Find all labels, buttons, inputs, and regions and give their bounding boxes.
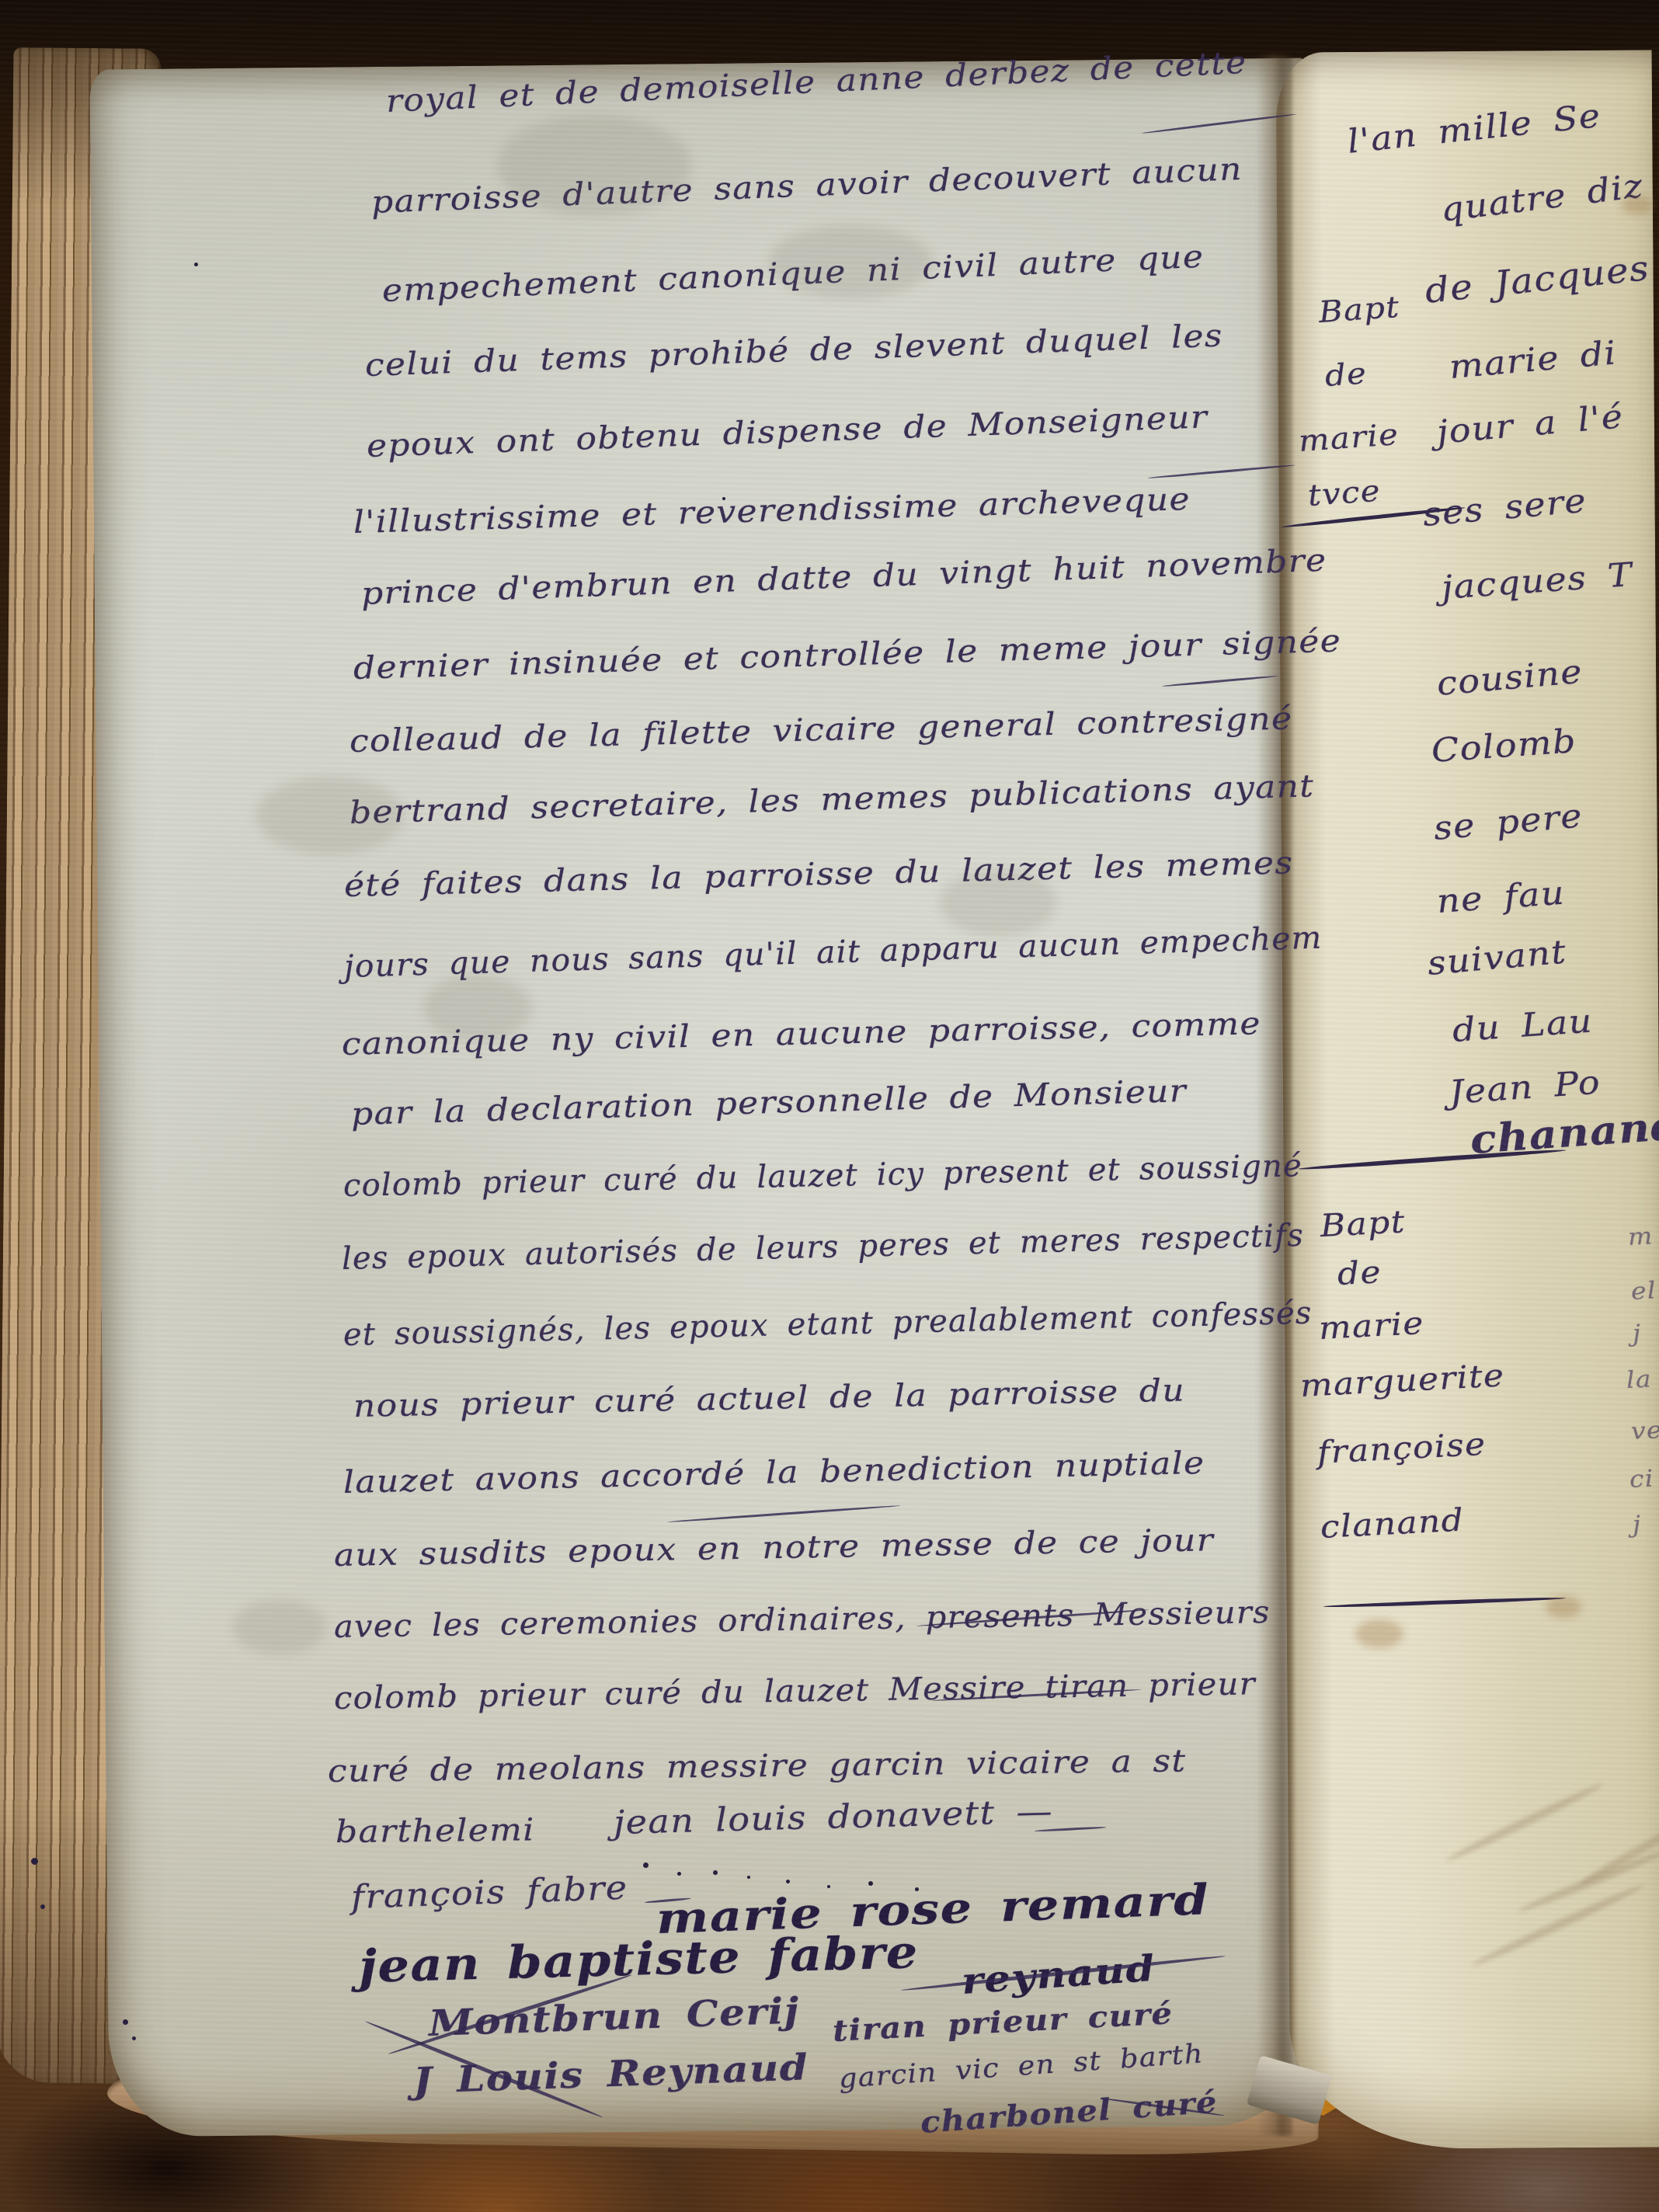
record-fragment: ses sere [1421, 482, 1588, 534]
record-fragment: de Jacques [1423, 249, 1651, 311]
manuscript-line: lauzet avons accordé la benediction nupt… [343, 1445, 1205, 1501]
baptism-margin-note-line: Bapt [1320, 1204, 1407, 1244]
record-fragment: du Lau [1451, 1001, 1594, 1049]
edge-letter-fragment: el [1630, 1277, 1657, 1306]
ink-speckle [786, 1880, 790, 1883]
paper-stain [497, 115, 691, 216]
record-fragment: l'an mille Se [1345, 96, 1602, 161]
manuscript-line: colomb prieur curé du lauzet icy present… [343, 1148, 1303, 1204]
manuscript-line: prince d'embrun en datte du vingt huit n… [360, 543, 1327, 612]
ink-speckle [31, 1858, 38, 1865]
baptism-margin-note-line: marguerite [1299, 1358, 1506, 1404]
manuscript-line: royal et de demoiselle anne derbez de ce… [385, 45, 1247, 120]
ink-speckle [677, 1872, 681, 1876]
paper-stain [940, 870, 1056, 936]
handwriting-layer: royal et de demoiselle anne derbez de ce… [0, 0, 1659, 2212]
manuscript-line: les epoux autorisés de leurs peres et me… [341, 1218, 1304, 1277]
manuscript-line: par la declaration personnelle de Monsie… [350, 1073, 1187, 1132]
edge-letter-fragment: j [1632, 1320, 1642, 1348]
baptism-margin-note-line: marie [1318, 1306, 1425, 1347]
baptism-margin-note-line: de [1337, 1254, 1382, 1292]
manuscript-line: aux susdits epoux en notre messe de ce j… [334, 1522, 1215, 1574]
pen-stroke [1148, 464, 1296, 479]
ink-underline [1323, 1596, 1566, 1609]
paper-stain [769, 225, 932, 299]
ink-speckle [915, 1887, 919, 1891]
ink-showthrough [1578, 1816, 1659, 1887]
paper-stain [423, 975, 532, 1041]
record-fragment: cousine [1435, 652, 1584, 703]
record-fragment: Jean Po [1448, 1063, 1602, 1111]
manuscript-line: dernier insinuée et controllée le meme j… [353, 623, 1341, 687]
signature: J Louis Reynaud [412, 2046, 809, 2102]
photo-open-parish-register: royal et de demoiselle anne derbez de ce… [0, 0, 1659, 2212]
witness-name: jean louis donavett — [613, 1792, 1053, 1842]
edge-letter-fragment: ci [1629, 1465, 1654, 1494]
record-fragment: jour a l'é [1435, 397, 1625, 451]
manuscript-line: avec les ceremonies ordinaires, presents… [334, 1595, 1271, 1645]
ink-speckle [747, 1876, 750, 1879]
manuscript-line: curé de meolans messire garcin vicaire a… [328, 1743, 1187, 1789]
ink-speckle [194, 263, 198, 266]
record-fragment: quatre diz [1438, 166, 1645, 229]
pen-stroke [1162, 675, 1278, 687]
paper-stain [256, 777, 404, 854]
manuscript-line: l'illustrissime et reverendissime archev… [353, 482, 1191, 541]
signature: jean baptiste fabre [358, 1925, 919, 1993]
foxing-spot [1546, 1596, 1581, 1618]
signature: Montbrun Cerij [428, 1989, 800, 2044]
ink-speckle [123, 2019, 128, 2025]
edge-letter-fragment: ve [1630, 1417, 1659, 1445]
baptism-margin-note-line: de [1323, 356, 1368, 393]
record-fragment: marie di [1448, 333, 1619, 386]
signature: tiran prieur curé [832, 1995, 1174, 2048]
record-fragment: jacques T [1440, 555, 1633, 607]
record-fragment: suivant [1426, 932, 1568, 982]
baptism-margin-note-line: clanand [1320, 1502, 1465, 1546]
ink-flourish-rule [1299, 1148, 1567, 1171]
ink-speckle [132, 2036, 136, 2040]
ink-speckle [713, 1870, 718, 1875]
manuscript-line: celui du tems prohibé de slevent duquel … [364, 318, 1223, 384]
manuscript-line: bertrand secretaire, les memes publicati… [349, 768, 1314, 831]
edge-letter-fragment: m [1627, 1223, 1654, 1251]
edge-letter-fragment: la [1626, 1365, 1653, 1394]
manuscript-line: colleaud de la filette vicaire general c… [349, 701, 1292, 760]
manuscript-line: et soussignés, les epoux etant prealable… [343, 1296, 1313, 1353]
signature: garcin vic en st barth [838, 2038, 1205, 2095]
foxing-spot [1622, 196, 1653, 214]
paper-stain [233, 1600, 326, 1654]
baptism-margin-note-line: françoise [1316, 1427, 1487, 1471]
baptism-margin-note-line: Bapt [1317, 290, 1400, 329]
record-fragment: se pere [1432, 796, 1584, 847]
manuscript-line: barthelemi [336, 1812, 535, 1850]
manuscript-line: été faites dans la parroisse du lauzet l… [343, 845, 1293, 904]
baptism-margin-note-line: tvce [1306, 474, 1382, 513]
record-fragment: ne fau [1435, 874, 1566, 920]
pen-stroke [1142, 113, 1296, 134]
record-fragment: Colomb [1430, 722, 1577, 770]
ink-speckle [868, 1881, 873, 1886]
ink-speckle [722, 497, 725, 500]
witness-name: françois fabre [350, 1869, 628, 1916]
ink-speckle [40, 1904, 45, 1909]
manuscript-line: epoux ont obtenu dispense de Monseigneur [366, 399, 1209, 464]
baptism-margin-note-line: marie [1297, 417, 1400, 458]
edge-letter-fragment: j [1632, 1511, 1642, 1539]
pen-stroke [668, 1504, 900, 1523]
ink-showthrough [1445, 1780, 1605, 1865]
signature: charbonel curé [919, 2084, 1219, 2140]
ink-speckle [643, 1862, 649, 1868]
foxing-spot [1355, 1619, 1403, 1648]
manuscript-line: nous prieur curé actuel de la parroisse … [353, 1372, 1186, 1424]
ink-speckle [827, 1885, 830, 1888]
